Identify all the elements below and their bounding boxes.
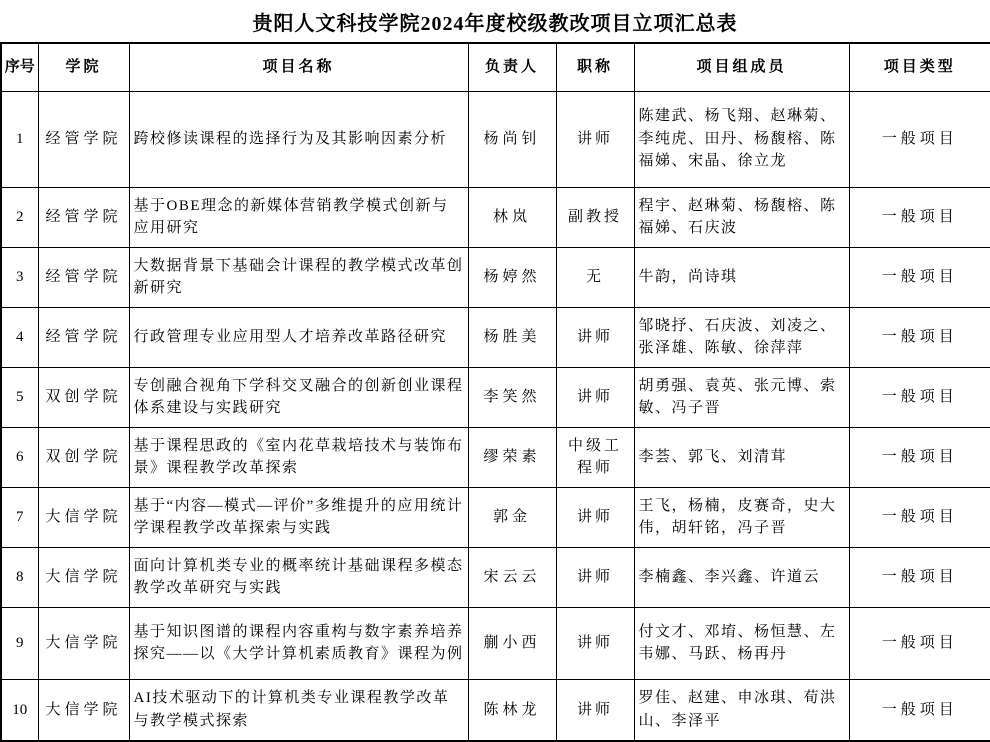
cell-project: 大数据背景下基础会计课程的教学模式改革创新研究	[129, 247, 468, 307]
cell-rank: 讲师	[556, 91, 634, 187]
table-row: 6双创学院基于课程思政的《室内花草栽培技术与装饰布景》课程教学改革探索缪荣素中级…	[1, 427, 990, 487]
cell-type: 一般项目	[849, 247, 990, 307]
cell-leader: 陈林龙	[468, 679, 556, 741]
cell-leader: 蒯小西	[468, 607, 556, 679]
header-college: 学院	[38, 43, 129, 91]
header-members: 项目组成员	[634, 43, 849, 91]
header-rank: 职称	[556, 43, 634, 91]
cell-college: 双创学院	[38, 367, 129, 427]
table-row: 5双创学院专创融合视角下学科交叉融合的创新创业课程体系建设与实践研究李笑然讲师胡…	[1, 367, 990, 427]
cell-leader: 杨胜美	[468, 307, 556, 367]
header-type: 项目类型	[849, 43, 990, 91]
cell-rank: 讲师	[556, 679, 634, 741]
table-row: 2经管学院基于OBE理念的新媒体营销教学模式创新与应用研究林岚副教授程宇、赵琳菊…	[1, 187, 990, 247]
cell-type: 一般项目	[849, 547, 990, 607]
cell-type: 一般项目	[849, 187, 990, 247]
cell-members: 牛韵，尚诗琪	[634, 247, 849, 307]
cell-members: 李楠鑫、李兴鑫、许道云	[634, 547, 849, 607]
cell-members: 陈建武、杨飞翔、赵琳菊、李纯虎、田丹、杨馥榕、陈福娣、宋晶、徐立龙	[634, 91, 849, 187]
cell-college: 大信学院	[38, 607, 129, 679]
cell-rank: 讲师	[556, 367, 634, 427]
cell-rank: 讲师	[556, 607, 634, 679]
cell-members: 李荟、郭飞、刘清茸	[634, 427, 849, 487]
cell-seq: 2	[1, 187, 38, 247]
cell-rank: 讲师	[556, 487, 634, 547]
cell-seq: 8	[1, 547, 38, 607]
cell-leader: 林岚	[468, 187, 556, 247]
cell-members: 邹晓抒、石庆波、刘凌之、张泽雄、陈敏、徐萍萍	[634, 307, 849, 367]
cell-college: 经管学院	[38, 247, 129, 307]
cell-seq: 6	[1, 427, 38, 487]
cell-rank: 讲师	[556, 547, 634, 607]
cell-rank: 中级工程师	[556, 427, 634, 487]
header-leader: 负责人	[468, 43, 556, 91]
cell-type: 一般项目	[849, 427, 990, 487]
cell-leader: 李笑然	[468, 367, 556, 427]
cell-type: 一般项目	[849, 487, 990, 547]
cell-project: 跨校修读课程的选择行为及其影响因素分析	[129, 91, 468, 187]
cell-type: 一般项目	[849, 607, 990, 679]
cell-members: 程宇、赵琳菊、杨馥榕、陈福娣、石庆波	[634, 187, 849, 247]
cell-seq: 9	[1, 607, 38, 679]
cell-project: AI技术驱动下的计算机类专业课程教学改革与教学模式探索	[129, 679, 468, 741]
summary-table: 序号学院项目名称负责人职称项目组成员项目类型 1经管学院跨校修读课程的选择行为及…	[0, 42, 990, 742]
cell-leader: 杨婷然	[468, 247, 556, 307]
cell-project: 专创融合视角下学科交叉融合的创新创业课程体系建设与实践研究	[129, 367, 468, 427]
cell-members: 罗佳、赵建、申冰琪、荀洪山、李泽平	[634, 679, 849, 741]
cell-college: 双创学院	[38, 427, 129, 487]
table-row: 9大信学院基于知识图谱的课程内容重构与数字素养培养探究——以《大学计算机素质教育…	[1, 607, 990, 679]
cell-seq: 3	[1, 247, 38, 307]
cell-rank: 讲师	[556, 307, 634, 367]
header-project: 项目名称	[129, 43, 468, 91]
table-header-row: 序号学院项目名称负责人职称项目组成员项目类型	[1, 43, 990, 91]
cell-project: 面向计算机类专业的概率统计基础课程多模态教学改革研究与实践	[129, 547, 468, 607]
cell-seq: 4	[1, 307, 38, 367]
cell-type: 一般项目	[849, 91, 990, 187]
cell-leader: 宋云云	[468, 547, 556, 607]
cell-college: 经管学院	[38, 187, 129, 247]
table-row: 3经管学院大数据背景下基础会计课程的教学模式改革创新研究杨婷然无牛韵，尚诗琪一般…	[1, 247, 990, 307]
cell-leader: 郭金	[468, 487, 556, 547]
cell-project: 基于“内容—模式—评价”多维提升的应用统计学课程教学改革探索与实践	[129, 487, 468, 547]
table-row: 1经管学院跨校修读课程的选择行为及其影响因素分析杨尚钊讲师陈建武、杨飞翔、赵琳菊…	[1, 91, 990, 187]
table-header: 序号学院项目名称负责人职称项目组成员项目类型	[1, 43, 990, 91]
cell-rank: 无	[556, 247, 634, 307]
cell-project: 基于OBE理念的新媒体营销教学模式创新与应用研究	[129, 187, 468, 247]
cell-members: 王飞，杨楠，皮赛奇，史大伟，胡轩铭，冯子晋	[634, 487, 849, 547]
table-row: 4经管学院行政管理专业应用型人才培养改革路径研究杨胜美讲师邹晓抒、石庆波、刘凌之…	[1, 307, 990, 367]
cell-leader: 杨尚钊	[468, 91, 556, 187]
table-row: 10大信学院AI技术驱动下的计算机类专业课程教学改革与教学模式探索陈林龙讲师罗佳…	[1, 679, 990, 741]
cell-seq: 7	[1, 487, 38, 547]
cell-seq: 1	[1, 91, 38, 187]
cell-project: 基于知识图谱的课程内容重构与数字素养培养探究——以《大学计算机素质教育》课程为例	[129, 607, 468, 679]
cell-members: 胡勇强、袁英、张元博、索敏、冯子晋	[634, 367, 849, 427]
cell-college: 大信学院	[38, 547, 129, 607]
cell-members: 付文才、邓堉、杨恒慧、左韦娜、马跃、杨再丹	[634, 607, 849, 679]
page: 贵阳人文科技学院2024年度校级教改项目立项汇总表 序号学院项目名称负责人职称项…	[0, 0, 990, 742]
cell-type: 一般项目	[849, 367, 990, 427]
cell-project: 行政管理专业应用型人才培养改革路径研究	[129, 307, 468, 367]
cell-seq: 10	[1, 679, 38, 741]
document-title: 贵阳人文科技学院2024年度校级教改项目立项汇总表	[0, 0, 990, 42]
cell-type: 一般项目	[849, 679, 990, 741]
cell-leader: 缪荣素	[468, 427, 556, 487]
cell-college: 大信学院	[38, 487, 129, 547]
cell-college: 经管学院	[38, 91, 129, 187]
table-body: 1经管学院跨校修读课程的选择行为及其影响因素分析杨尚钊讲师陈建武、杨飞翔、赵琳菊…	[1, 91, 990, 741]
cell-rank: 副教授	[556, 187, 634, 247]
table-row: 7大信学院基于“内容—模式—评价”多维提升的应用统计学课程教学改革探索与实践郭金…	[1, 487, 990, 547]
table-row: 8大信学院面向计算机类专业的概率统计基础课程多模态教学改革研究与实践宋云云讲师李…	[1, 547, 990, 607]
cell-college: 经管学院	[38, 307, 129, 367]
header-seq: 序号	[1, 43, 38, 91]
cell-type: 一般项目	[849, 307, 990, 367]
cell-project: 基于课程思政的《室内花草栽培技术与装饰布景》课程教学改革探索	[129, 427, 468, 487]
cell-college: 大信学院	[38, 679, 129, 741]
cell-seq: 5	[1, 367, 38, 427]
